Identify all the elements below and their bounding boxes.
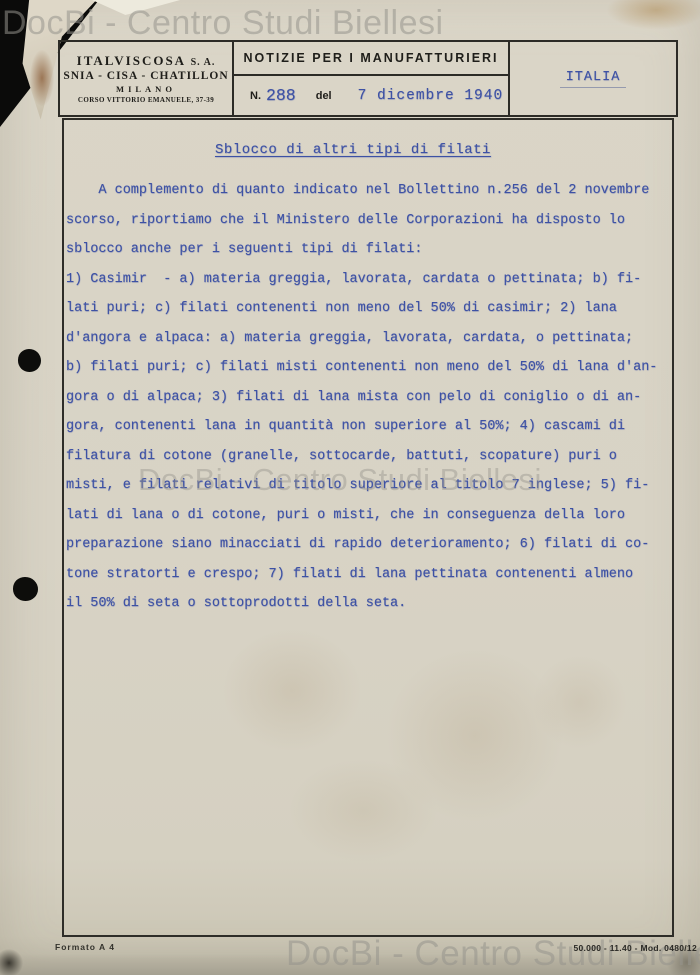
del-label: del xyxy=(316,90,332,102)
company-name-line: ITALVISCOSA S. A. xyxy=(77,53,216,69)
typed-line: gora o di alpaca; 3) filati di lana mist… xyxy=(66,383,672,413)
typed-line: sblocco anche per i seguenti tipi di fil… xyxy=(66,235,672,265)
bulletin-header: NOTIZIE PER I MANUFATTURIERI N. 288 del … xyxy=(232,42,510,115)
typed-line: preparazione siano minacciati di rapido … xyxy=(66,530,672,560)
typed-line: b) filati puri; c) filati misti contenen… xyxy=(66,353,672,383)
typed-line: scorso, riportiamo che il Ministero dell… xyxy=(66,206,672,236)
format-label: Formato A 4 xyxy=(55,942,115,952)
typed-line: lati di lana o di cotone, puri o misti, … xyxy=(66,501,672,531)
typed-line: gora, contenenti lana in quantità non su… xyxy=(66,412,672,442)
number-label: N. xyxy=(250,90,261,102)
typed-line: tone stratorti e crespo; 7) filati di la… xyxy=(66,560,672,590)
company-name: ITALVISCOSA xyxy=(77,53,186,68)
company-brands: SNIA - CISA - CHATILLON xyxy=(63,70,228,82)
typed-line: lati puri; c) filati contenenti non meno… xyxy=(66,294,672,324)
paper-bottom-edge xyxy=(0,954,700,975)
typed-line: filatura di cotone (granelle, sottocarde… xyxy=(66,442,672,472)
punch-hole xyxy=(13,577,38,601)
stain-top-right xyxy=(606,0,700,30)
bulletin-title: NOTIZIE PER I MANUFATTURIERI xyxy=(243,51,498,65)
company-letterhead: ITALVISCOSA S. A. SNIA - CISA - CHATILLO… xyxy=(60,42,232,115)
country-stamp: ITALIA xyxy=(560,70,627,88)
company-suffix: S. A. xyxy=(191,57,216,68)
document-frame: Sblocco di altri tipi di filati A comple… xyxy=(62,118,674,937)
typed-line: A complemento di quanto indicato nel Bol… xyxy=(66,176,672,206)
print-code: 50.000 - 11.40 - Mod. 0480/12 xyxy=(573,943,697,953)
typed-line: il 50% di seta o sottoprodotti della set… xyxy=(66,589,672,619)
bulletin-title-row: NOTIZIE PER I MANUFATTURIERI xyxy=(234,42,508,76)
flap-stain xyxy=(30,50,54,106)
document-title: Sblocco di altri tipi di filati xyxy=(64,142,642,158)
punch-hole xyxy=(18,349,41,372)
typed-line: 1) Casimir - a) materia greggia, lavorat… xyxy=(66,265,672,295)
bottom-left-mark xyxy=(0,949,23,975)
letterhead-table: ITALVISCOSA S. A. SNIA - CISA - CHATILLO… xyxy=(58,40,678,117)
bulletin-number-row: N. 288 del 7 dicembre 1940 xyxy=(234,76,508,115)
typed-text-block: A complemento di quanto indicato nel Bol… xyxy=(66,176,672,619)
bulletin-number: 288 xyxy=(266,86,296,105)
company-address: CORSO VITTORIO EMANUELE, 37-39 xyxy=(78,96,214,104)
country-cell: ITALIA xyxy=(510,42,676,115)
bulletin-date: 7 dicembre 1940 xyxy=(358,88,504,104)
typed-line: d'angora e alpaca: a) materia greggia, l… xyxy=(66,324,672,354)
typed-line: misti, e filati relativi di titolo super… xyxy=(66,471,672,501)
company-city: MILANO xyxy=(116,84,176,94)
